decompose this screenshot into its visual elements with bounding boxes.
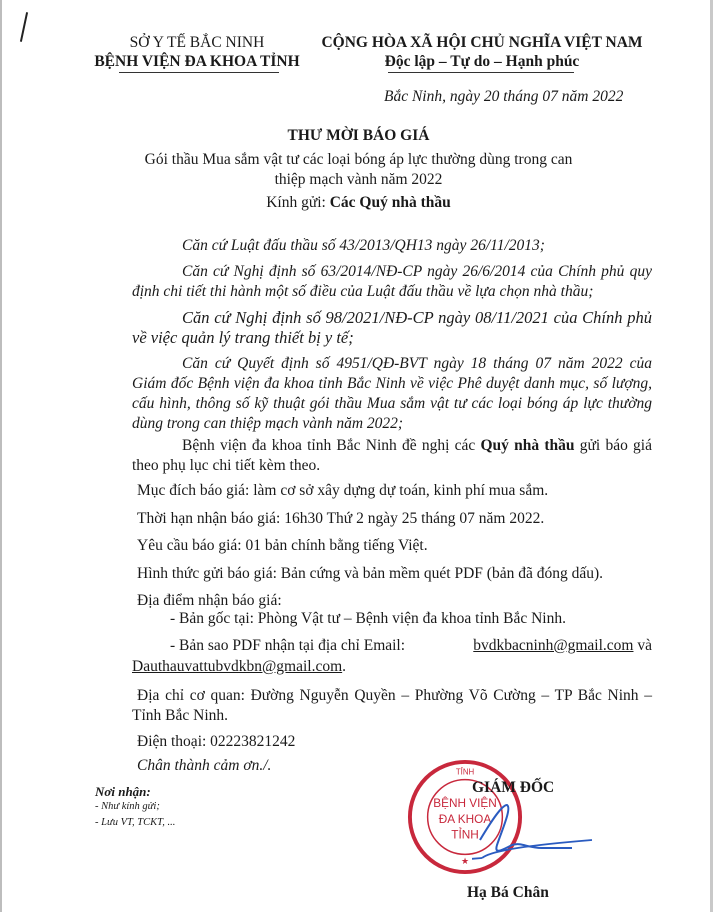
issuer-underline — [119, 72, 279, 73]
submission-form: Hình thức gửi báo giá: Bản cứng và bản m… — [137, 565, 603, 583]
stamp-top-text: TỈNH — [456, 768, 475, 777]
document-subtitle: Gói thầu Mua sắm vật tư các loại bóng áp… — [2, 150, 713, 190]
recipient-item: - Như kính gửi; — [95, 801, 160, 812]
phone: Điện thoại: 02223821242 — [137, 733, 295, 751]
greeting-recipient: Các Quý nhà thầu — [330, 194, 451, 211]
national-header: CỘNG HÒA XÃ HỘI CHỦ NGHĨA VIỆT NAM Độc l… — [317, 33, 647, 71]
recipients-title: Nơi nhận: — [95, 784, 151, 800]
requirement: Yêu cầu báo giá: 01 bản chính bằng tiếng… — [137, 537, 428, 555]
document-page: SỞ Y TẾ BẮC NINH BỆNH VIỆN ĐA KHOA TỈNH … — [0, 0, 713, 912]
signatory-position: GIÁM ĐỐC — [472, 779, 554, 797]
deadline: Thời hạn nhận báo giá: 16h30 Thứ 2 ngày … — [137, 510, 544, 528]
greeting-prefix: Kính gửi: — [266, 194, 330, 211]
location-copy-label: - Bản sao PDF nhận tại địa chỉ Email: — [170, 637, 405, 655]
closing: Chân thành cảm ơn./. — [137, 757, 271, 775]
issuer-block: SỞ Y TẾ BẮC NINH BỆNH VIỆN ĐA KHOA TỈNH — [92, 33, 302, 71]
location-label: Địa điểm nhận báo giá: — [137, 592, 282, 610]
request-paragraph: Bệnh viện đa khoa tỉnh Bắc Ninh đề nghị … — [132, 436, 652, 476]
email-joiner: và — [633, 637, 652, 654]
request-bold: Quý nhà thầu — [481, 437, 575, 454]
email-link-1[interactable]: bvdkbacninh@gmail.com — [473, 637, 633, 654]
organization-name: BỆNH VIỆN ĐA KHOA TỈNH — [92, 52, 302, 71]
national-title: CỘNG HÒA XÃ HỘI CHỦ NGHĨA VIỆT NAM — [317, 33, 647, 52]
motto: Độc lập – Tự do – Hạnh phúc — [317, 52, 647, 71]
handwritten-signature — [472, 800, 652, 880]
legal-basis-3: Căn cứ Nghị định số 98/2021/NĐ-CP ngày 0… — [132, 308, 652, 348]
motto-underline — [388, 72, 574, 73]
location-copy-cont: Dauthauvattubvdkbn@gmail.com. — [132, 658, 346, 676]
agency-name: SỞ Y TẾ BẮC NINH — [92, 33, 302, 52]
legal-basis-2: Căn cứ Nghị định số 63/2014/NĐ-CP ngày 2… — [132, 262, 652, 302]
location-copy: - Bản sao PDF nhận tại địa chỉ Email: bv… — [170, 637, 652, 655]
purpose: Mục đích báo giá: làm cơ sở xây dựng dự … — [137, 482, 548, 500]
email-link-2[interactable]: Dauthauvattubvdkbn@gmail.com — [132, 658, 342, 675]
location-original: - Bản gốc tại: Phòng Vật tư – Bệnh viện … — [170, 610, 566, 628]
recipient-item: - Lưu VT, TCKT, ... — [95, 817, 175, 828]
dateline: Bắc Ninh, ngày 20 tháng 07 năm 2022 — [384, 88, 623, 106]
document-title: THƯ MỜI BÁO GIÁ — [2, 127, 713, 145]
legal-basis-4: Căn cứ Quyết định số 4951/QĐ-BVT ngày 18… — [132, 354, 652, 434]
signatory-name: Hạ Bá Chân — [467, 884, 549, 902]
star-icon: ★ — [461, 856, 469, 866]
address: Địa chỉ cơ quan: Đường Nguyễn Quyền – Ph… — [132, 686, 652, 726]
subtitle-text: Gói thầu Mua sắm vật tư các loại bóng áp… — [2, 150, 713, 190]
request-prefix: Bệnh viện đa khoa tỉnh Bắc Ninh đề nghị … — [182, 437, 481, 454]
pen-mark — [20, 12, 28, 42]
greeting: Kính gửi: Các Quý nhà thầu — [2, 194, 713, 212]
legal-basis-1: Căn cứ Luật đấu thầu số 43/2013/QH13 ngà… — [132, 236, 652, 256]
email-2-suffix: . — [342, 658, 346, 675]
